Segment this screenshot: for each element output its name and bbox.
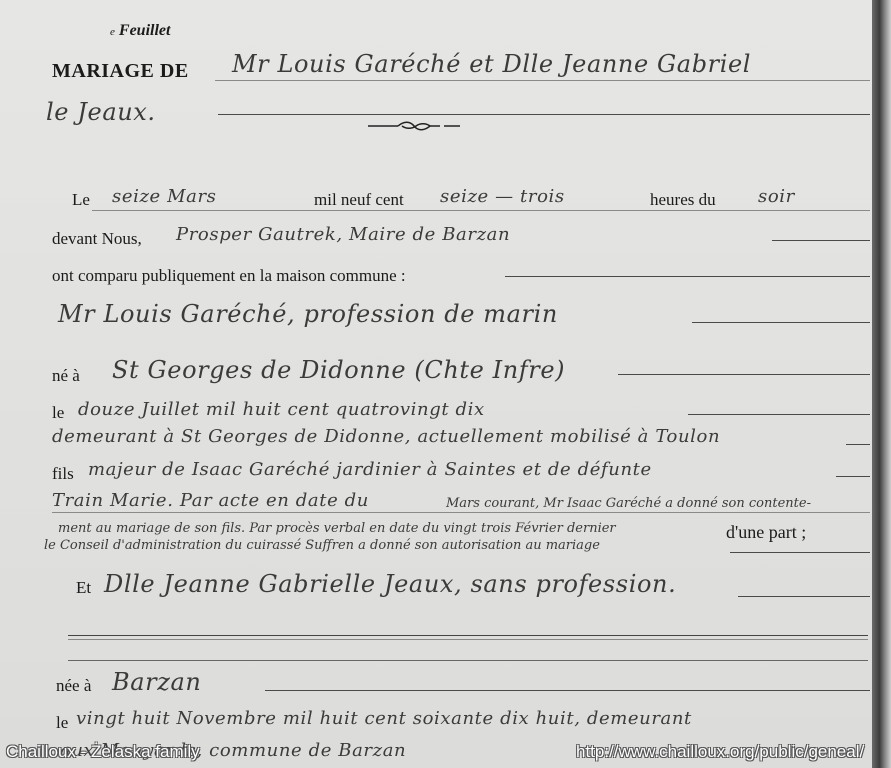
watermark-family: Chailloux - Żelaska family [6, 742, 200, 762]
book-binding-edge [872, 0, 891, 768]
feuillet-prefix: e [110, 26, 115, 38]
groom-name-profession: Mr Louis Garéché, profession de marin [58, 300, 558, 328]
consent-part2: Mars courant, Mr Isaac Garéché a donné s… [446, 496, 811, 511]
section-divider-2 [68, 660, 868, 661]
title-underline-1 [215, 80, 870, 81]
bride-birthplace: Barzan [112, 668, 201, 696]
groom-parents: majeur de Isaac Garéché jardinier à Sain… [88, 459, 652, 480]
line-rule-4 [692, 322, 870, 323]
line-rule-6 [688, 414, 870, 415]
label-le-birthdate: le [52, 403, 64, 423]
day-month: seize Mars [112, 186, 217, 207]
line-rule-3 [505, 276, 870, 277]
page-title: MARIAGE DE [52, 60, 189, 83]
label-et: Et [76, 578, 91, 598]
label-heures: heures du [650, 190, 716, 210]
watermark-url: http://www.chailloux.org/public/geneal/ [576, 742, 864, 762]
line-rule-8 [836, 476, 870, 477]
groom-birthplace: St Georges de Didonne (Chte Infre) [112, 356, 565, 384]
line-rule-2 [772, 240, 870, 241]
line-rule-11 [730, 552, 870, 553]
label-le-bride: le [56, 713, 68, 733]
label-ont-comparu: ont comparu publiquement en la maison co… [52, 266, 406, 286]
line-rule-9 [52, 512, 870, 513]
bride-birthdate: vingt huit Novembre mil huit cent soixan… [76, 708, 692, 729]
mayor-name: Prosper Gautrek, Maire de Barzan [176, 224, 510, 245]
section-divider-1 [68, 635, 868, 640]
line-rule-7 [846, 444, 870, 445]
feuillet-label: eFeuillet [110, 22, 170, 40]
consent-part1: Train Marie. Par acte en date du [52, 490, 369, 511]
line-rule-13 [265, 690, 870, 691]
label-le: Le [72, 190, 90, 210]
time-of-day: soir [758, 186, 795, 207]
title-names-line1: Mr Louis Garéché et Dlle Jeanne Gabriel [232, 50, 751, 78]
title-names-line2: le Jeaux. [46, 98, 156, 126]
groom-birthdate: douze Juillet mil huit cent quatrovingt … [78, 399, 485, 420]
year-hour: seize — trois [440, 186, 565, 207]
label-nee-a: née à [56, 676, 91, 696]
groom-residence: demeurant à St Georges de Didonne, actue… [52, 426, 720, 447]
line-rule-5 [618, 374, 870, 375]
proces-verbal-text: ment au mariage de son fils. Par procès … [58, 521, 616, 536]
label-fils: fils [52, 464, 74, 484]
label-devant-nous: devant Nous, [52, 229, 142, 249]
label-ne-a: né à [52, 366, 80, 386]
bride-name-profession: Dlle Jeanne Gabrielle Jeaux, sans profes… [104, 570, 676, 598]
ornament-divider-icon [368, 120, 464, 132]
council-authorization: le Conseil d'administration du cuirassé … [44, 538, 600, 553]
line-rule-1 [92, 210, 870, 211]
title-underline-2 [218, 114, 870, 115]
line-rule-12 [738, 596, 870, 597]
label-dune-part: d'une part ; [726, 522, 806, 543]
register-page: eFeuillet MARIAGE DE Mr Louis Garéché et… [0, 0, 872, 768]
label-year: mil neuf cent [314, 190, 404, 210]
